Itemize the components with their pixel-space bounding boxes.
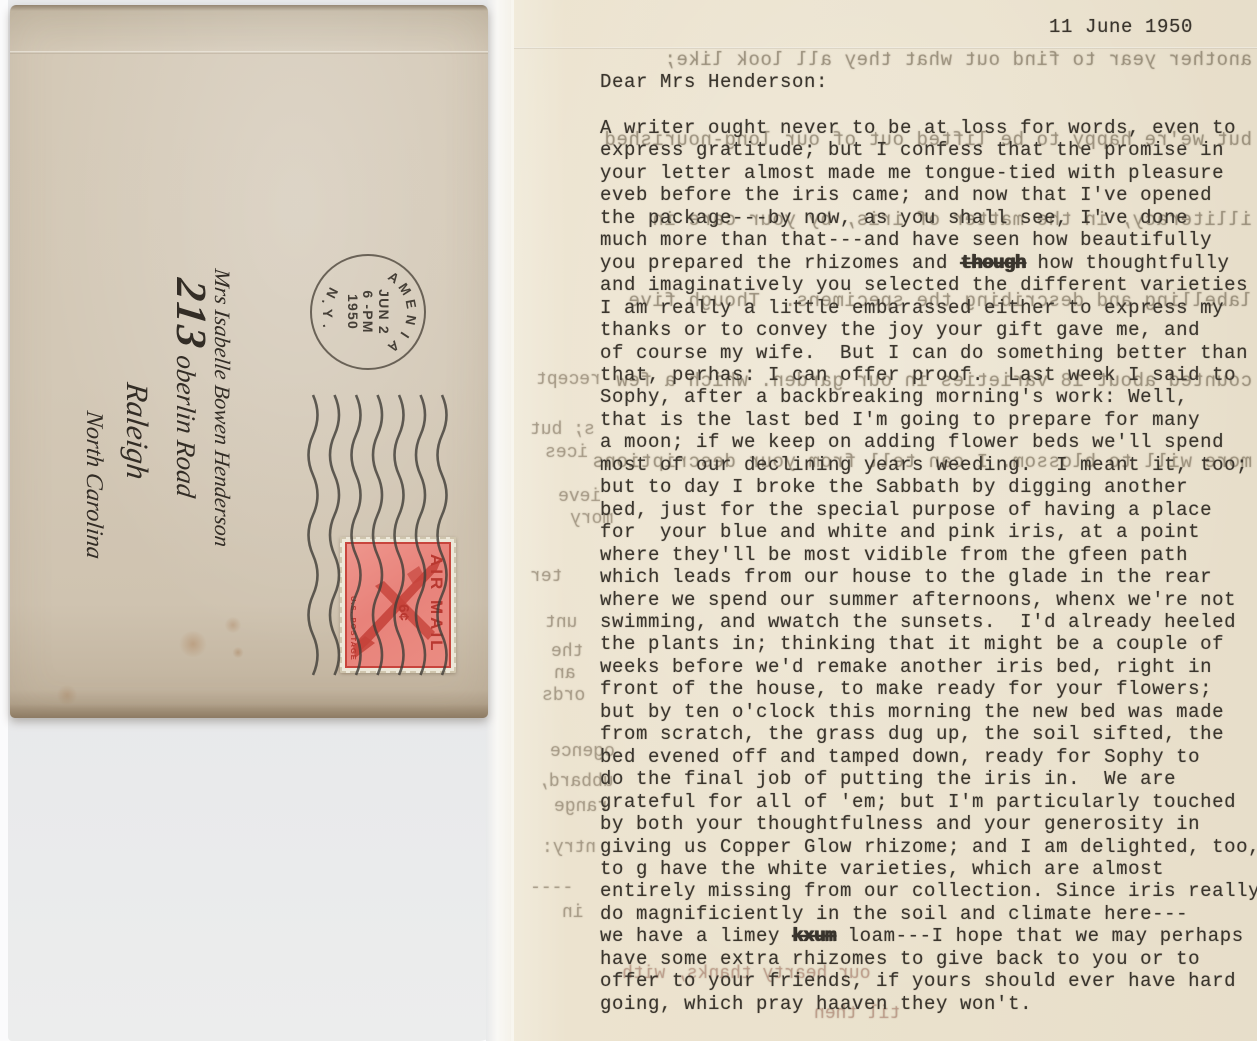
bleedthrough-fragment: ----: [530, 878, 573, 898]
bleedthrough-fragment: ords: [542, 686, 585, 706]
bleedthrough-fragment: s; but: [530, 420, 595, 440]
bleedthrough-fragment: ntry:: [542, 838, 596, 858]
postmark-year: 1950: [345, 256, 361, 368]
envelope-bottom-fold: [10, 704, 488, 718]
address-city: Raleigh: [119, 381, 155, 482]
handwritten-address: Mrs Isabelle Bowen Henderson 213 oberlin…: [35, 265, 235, 685]
bleedthrough-fragment: ter: [530, 567, 562, 587]
postmark-town-letter: E: [402, 296, 419, 313]
letter-page: another year to find out what they all l…: [514, 0, 1257, 1041]
bleedthrough-fragment: recept: [536, 370, 601, 390]
postmark-date-block: JUN 2 6 -PM 1950: [345, 256, 392, 368]
letter-body: A writer ought never to be at loss for w…: [600, 117, 1257, 1015]
letter-salutation: Dear Mrs Henderson:: [600, 71, 828, 93]
postmark-time: 6 -PM: [360, 256, 376, 368]
bleedthrough-fragment: ieve: [558, 487, 601, 507]
postmark: A M E N I A JUN 2 6 -PM 1950 N . Y .: [310, 254, 426, 370]
bleedthrough-fragment: unt: [545, 613, 577, 633]
address-street-name: oberlin Road: [171, 347, 201, 499]
bleedthrough-fragment: ices: [545, 443, 588, 463]
postmark-circle: A M E N I A JUN 2 6 -PM 1950 N . Y .: [310, 254, 426, 370]
envelope: Mrs Isabelle Bowen Henderson 213 oberlin…: [10, 5, 488, 718]
envelope-top-edge: [10, 5, 488, 11]
bleedthrough-line: another year to find out what they all l…: [522, 47, 1252, 74]
scanned-letter-and-envelope: Mrs Isabelle Bowen Henderson 213 oberlin…: [0, 0, 1257, 1041]
bleedthrough-fragment: the: [551, 642, 583, 662]
cancellation-wavy-lines-icon: [303, 393, 463, 687]
bleedthrough-fragment: an: [554, 664, 576, 684]
address-street: 213 oberlin Road: [166, 276, 215, 501]
paper-gap-highlight: [486, 0, 514, 1041]
letter-crease: [514, 47, 1257, 49]
postmark-date: JUN 2: [376, 256, 392, 368]
address-state: North Carolina: [80, 409, 107, 560]
address-street-number: 213: [167, 276, 214, 352]
letter-date: 11 June 1950: [1049, 16, 1193, 38]
envelope-crease: [10, 51, 488, 54]
bleedthrough-fragment: in: [562, 903, 584, 923]
foxing-stain: [56, 685, 78, 705]
